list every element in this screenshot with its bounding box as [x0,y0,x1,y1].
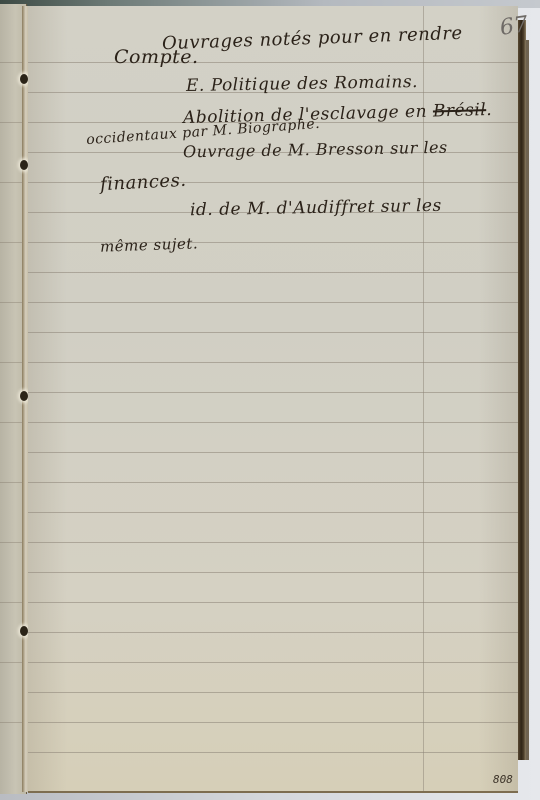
ruled-line [28,662,518,663]
ruled-line [28,512,518,513]
binding-hole [20,74,28,84]
ruled-line [28,692,518,693]
handwritten-line-entry-1: E. Politique des Romains. [186,72,418,96]
folio-mark: 808 [493,773,513,786]
ruled-line [28,392,518,393]
entry-2-period: . [486,100,492,120]
ruled-line [28,422,518,423]
ruled-line [28,452,518,453]
ruled-line [28,602,518,603]
binding-hole [20,626,28,636]
margin-rule [423,6,424,791]
binding-hole [20,391,28,401]
struck-out-word: Brésil [433,100,487,121]
ruled-line [28,542,518,543]
ruled-line [28,722,518,723]
right-cover-edge [526,40,529,760]
ruled-line [28,752,518,753]
ruled-line [28,362,518,363]
handwritten-line-entry-4-cont: même sujet. [100,234,199,255]
ruled-line [28,632,518,633]
binding-hole [20,160,28,170]
ruled-line [28,62,518,63]
ruled-line [28,272,518,273]
ruled-line [28,332,518,333]
ruled-line [28,572,518,573]
ruled-line [28,482,518,483]
ledger-page: 67 Ouvrages notés pour en rendre Compte.… [28,6,518,793]
right-page-edges [518,20,526,760]
handwritten-line-compte: Compte. [114,46,199,68]
page-number: 67 [498,12,529,41]
ruled-line [28,302,518,303]
